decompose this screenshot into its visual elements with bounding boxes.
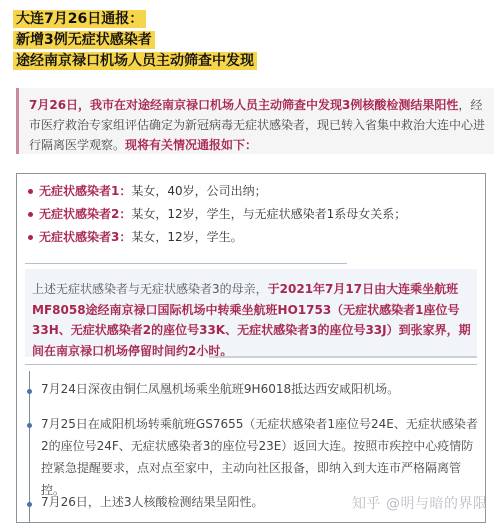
intro-accent-1: 7月26日，我市在对途经南京禄口机场人员主动筛查中发现3例核酸检测结果阳性: [29, 98, 458, 112]
timeline-item-1: 7月24日深夜由铜仁凤凰机场乘坐航班9H6018抵达西安咸阳机场。: [41, 379, 479, 400]
case-detail: 某女，40岁，公司出纳；: [131, 184, 266, 198]
headline-line-1: 大连7月26日通报：: [13, 10, 146, 28]
case-detail: 某女，12岁，学生，与无症状感染者1系母女关系；: [131, 207, 406, 221]
timeline-item-2: 7月25日在咸阳机场转乘航班GS7655（无症状感染者1座位号24E、无症状感染…: [41, 413, 479, 501]
case-label: 无症状感染者1: [39, 184, 119, 198]
divider: [25, 263, 347, 264]
headline-line-2: 新增3例无症状感染者: [13, 31, 155, 49]
case-sep: ：: [119, 207, 131, 221]
timeline-dot-icon: [27, 389, 32, 394]
divider: [25, 364, 477, 365]
watermark: 知乎 @明与暗的界限: [352, 493, 487, 513]
quote-underline: [209, 356, 477, 358]
bullet-icon: [28, 189, 33, 194]
intro-accent-2: 现将有关情况通报如下：: [125, 138, 257, 152]
case-sep: ：: [119, 184, 131, 198]
case-detail: 某女，12岁，学生。: [131, 230, 242, 244]
case-item-3: 无症状感染者3：某女，12岁，学生。: [25, 226, 406, 249]
bullet-icon: [28, 235, 33, 240]
case-label: 无症状感染者3: [39, 230, 119, 244]
timeline-dot-icon: [27, 423, 32, 428]
intro-paragraph: 7月26日，我市在对途经南京禄口机场人员主动筛查中发现3例核酸检测结果阳性，经市…: [16, 88, 494, 154]
headline-line-3: 途经南京禄口机场人员主动筛查中发现: [13, 52, 257, 70]
travel-quote: 上述无症状感染者与无症状感染者3的母亲，于2021年7月17日由大连乘坐航班MF…: [25, 269, 477, 357]
details-box: 无症状感染者1：某女，40岁，公司出纳； 无症状感染者2：某女，12岁，学生，与…: [16, 173, 486, 523]
case-item-2: 无症状感染者2：某女，12岁，学生，与无症状感染者1系母女关系；: [25, 203, 406, 226]
headline: 大连7月26日通报： 新增3例无症状感染者 途经南京禄口机场人员主动筛查中发现: [13, 8, 257, 71]
timeline-dot-icon: [27, 502, 32, 507]
bullet-icon: [28, 212, 33, 217]
case-list: 无症状感染者1：某女，40岁，公司出纳； 无症状感染者2：某女，12岁，学生，与…: [25, 180, 406, 249]
case-label: 无症状感染者2: [39, 207, 119, 221]
case-item-1: 无症状感染者1：某女，40岁，公司出纳；: [25, 180, 406, 203]
case-sep: ：: [119, 230, 131, 244]
quote-text: 上述无症状感染者与无症状感染者3的母亲，: [32, 282, 268, 296]
